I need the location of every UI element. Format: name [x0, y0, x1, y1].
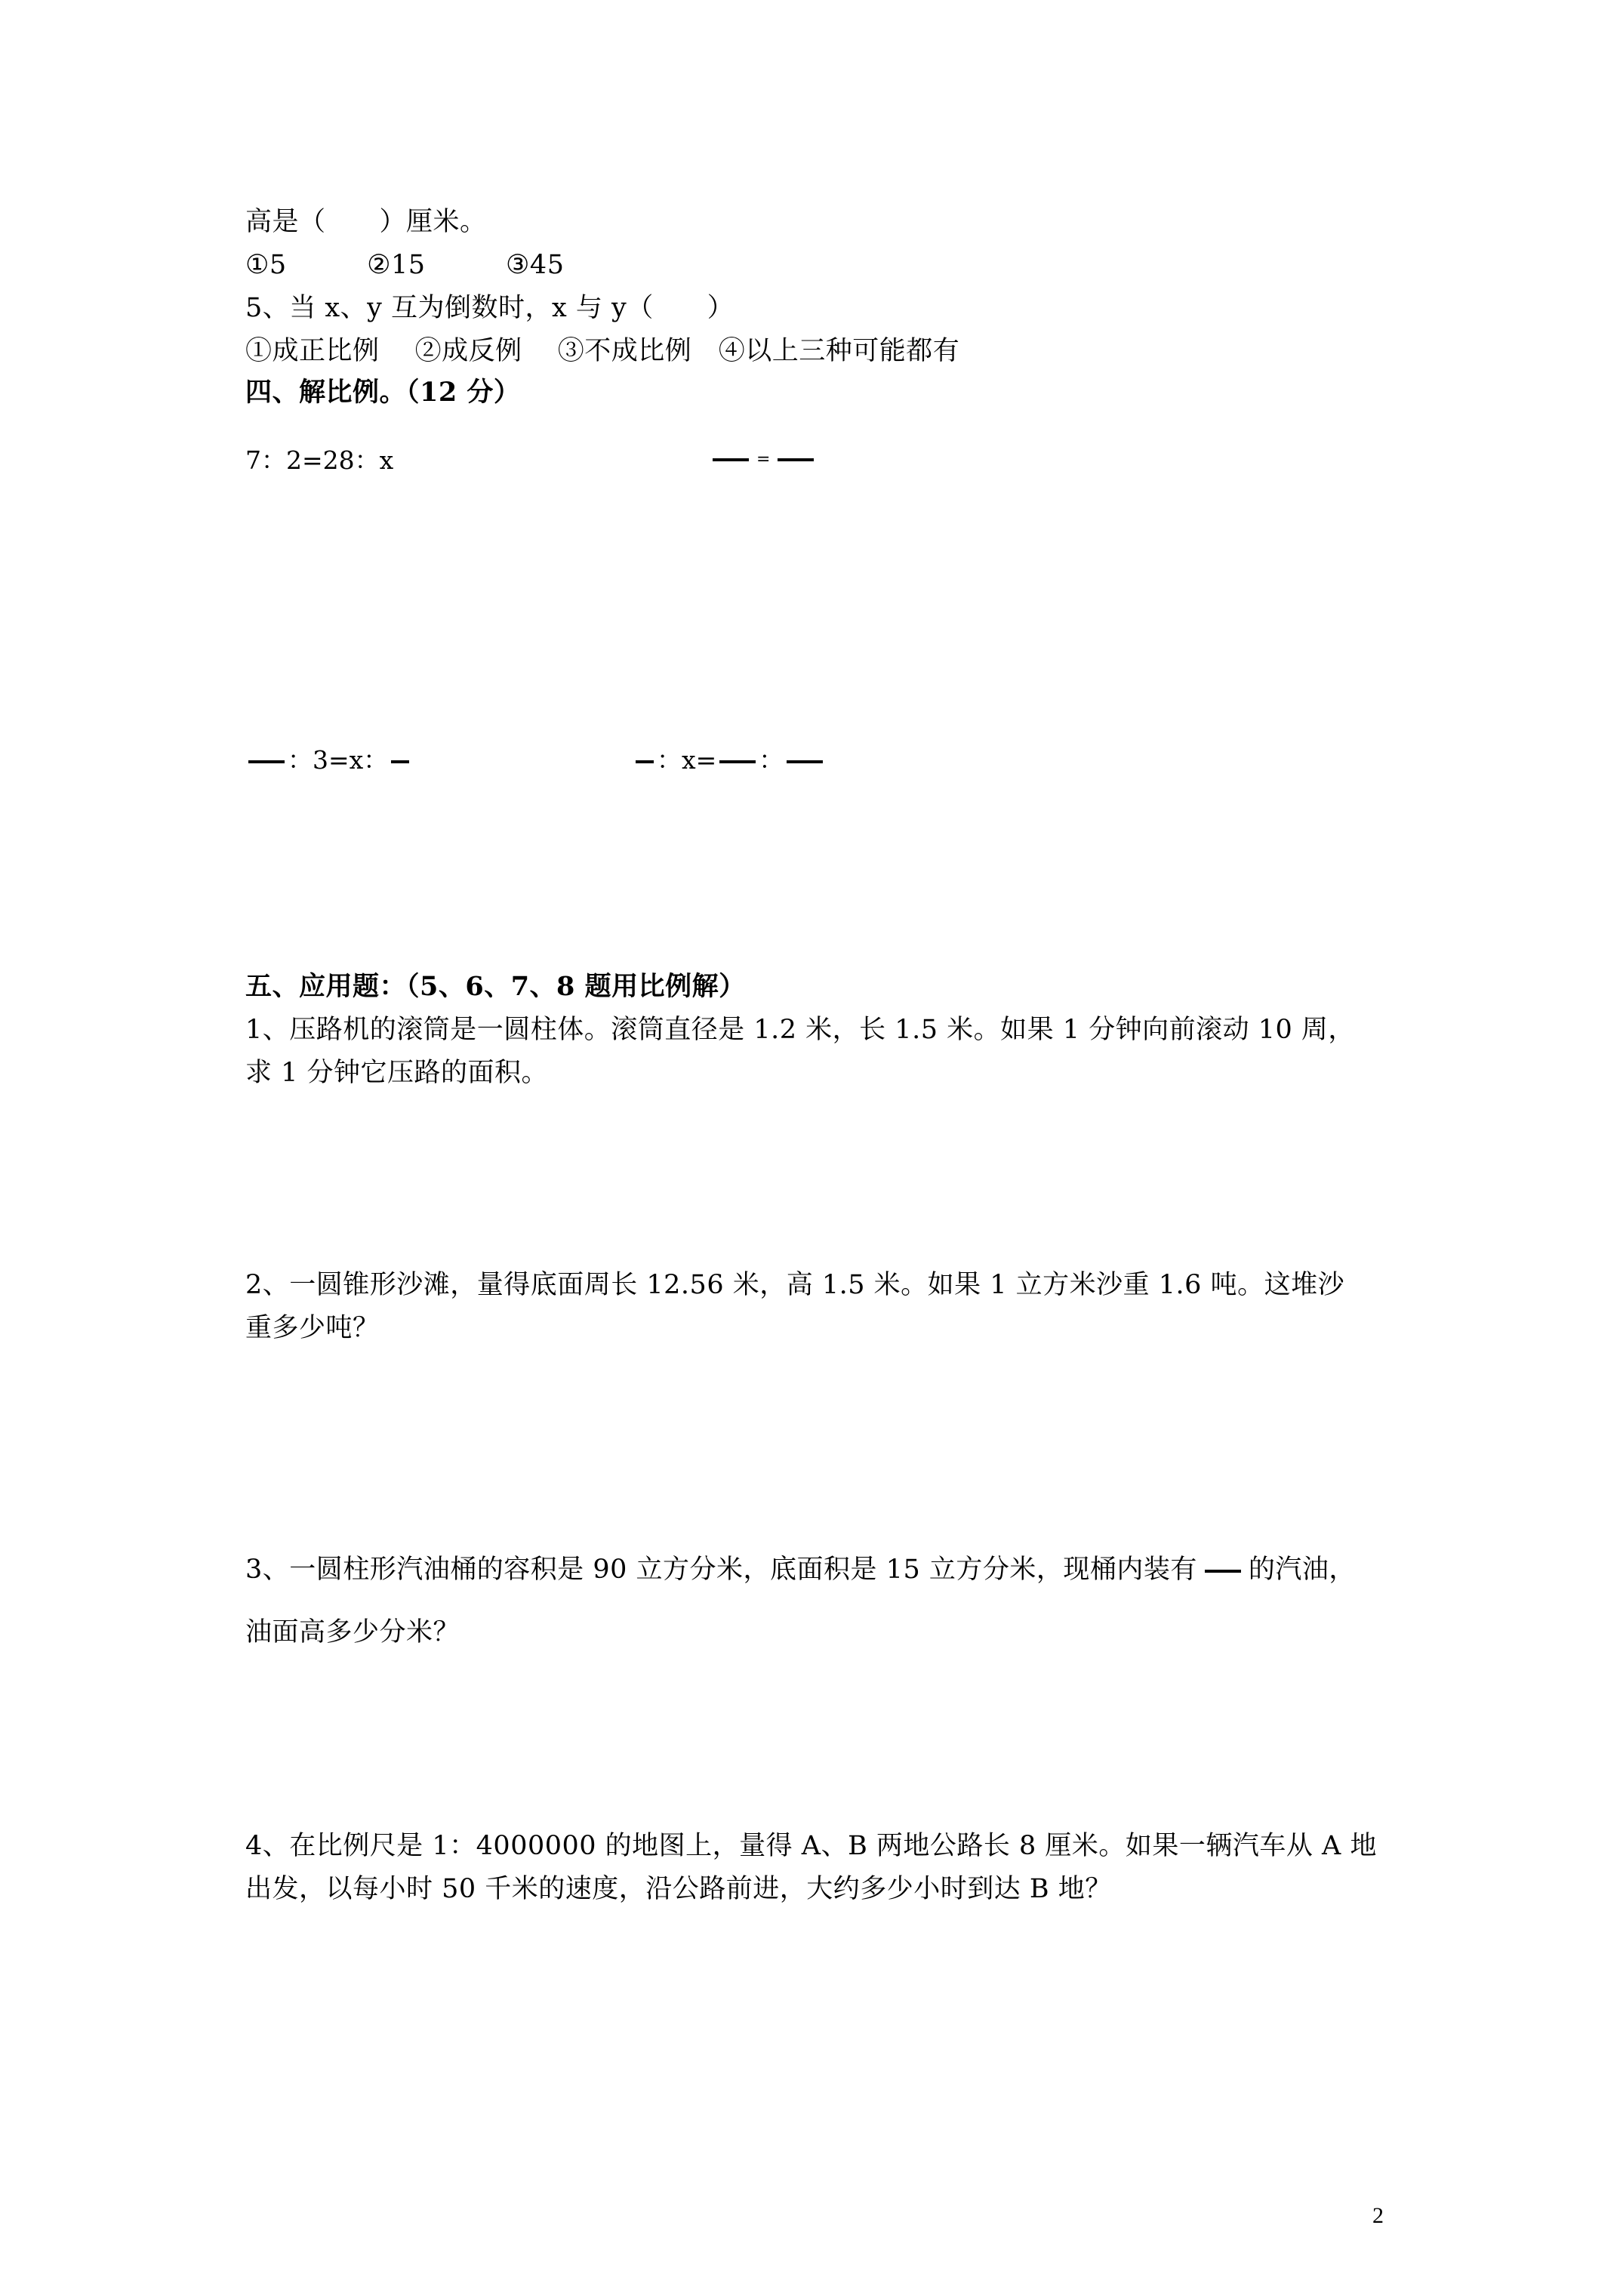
fraction-bar [636, 760, 654, 763]
equation-4-colon: ： [759, 745, 784, 775]
problem-2-line-1: 2、一圆锥形沙滩，量得底面周长 12.56 米，高 1.5 米。如果 1 立方米… [245, 1268, 1344, 1302]
problem-4-line-1: 4、在比例尺是 1：4000000 的地图上，量得 A、B 两地公路长 8 厘米… [245, 1829, 1377, 1863]
fraction-bar [391, 760, 409, 763]
problem-1-line-2: 求 1 分钟它压路的面积。 [245, 1056, 548, 1089]
problem-3-text-b: 的汽油， [1249, 1555, 1356, 1585]
question-5: 5、当 x、y 互为倒数时，x 与 y（ ） [245, 291, 734, 325]
equation-3-text: ：3=x： [288, 745, 388, 775]
section-5-title: 五、应用题：（5、6、7、8 题用比例解） [245, 970, 746, 1003]
fraction-bar [787, 760, 823, 763]
problem-2-line-2: 重多少吨？ [245, 1311, 380, 1345]
fraction-bar [713, 458, 749, 461]
question-5-options: ①成正比例 ②成反例 ③不成比例 ④以上三种可能都有 [245, 334, 959, 368]
problem-3-line-2: 油面高多少分米？ [245, 1616, 460, 1649]
problem-3-text-a: 3、一圆柱形汽油桶的容积是 90 立方分米，底面积是 15 立方分米，现桶内装有 [245, 1555, 1197, 1585]
equation-2: = [710, 442, 817, 476]
equation-1: 7：2=28：x [245, 444, 393, 477]
equation-3: ：3=x： [245, 744, 412, 777]
problem-4-line-2: 出发，以每小时 50 千米的速度，沿公路前进，大约多少小时到达 B 地？ [245, 1872, 1112, 1906]
fraction-bar [778, 458, 814, 461]
problem-1-line-1: 1、压路机的滚筒是一圆柱体。滚筒直径是 1.2 米，长 1.5 米。如果 1 分… [245, 1013, 1355, 1046]
question-4-tail: 高是（ ）厘米。 [245, 205, 487, 239]
question-4-options: ①5 ②15 ③45 [245, 248, 564, 282]
page-number: 2 [1372, 2203, 1384, 2229]
fraction-bar [719, 760, 756, 763]
equation-4-text: ：x= [657, 745, 716, 775]
equation-4: ：x=： [633, 744, 826, 777]
fraction-bar [1205, 1570, 1241, 1573]
fraction-bar [248, 760, 285, 763]
equals-sign: = [756, 443, 770, 476]
problem-3-line-1: 3、一圆柱形汽油桶的容积是 90 立方分米，底面积是 15 立方分米，现桶内装有… [245, 1553, 1356, 1586]
section-4-title: 四、解比例。（12 分） [245, 376, 520, 409]
